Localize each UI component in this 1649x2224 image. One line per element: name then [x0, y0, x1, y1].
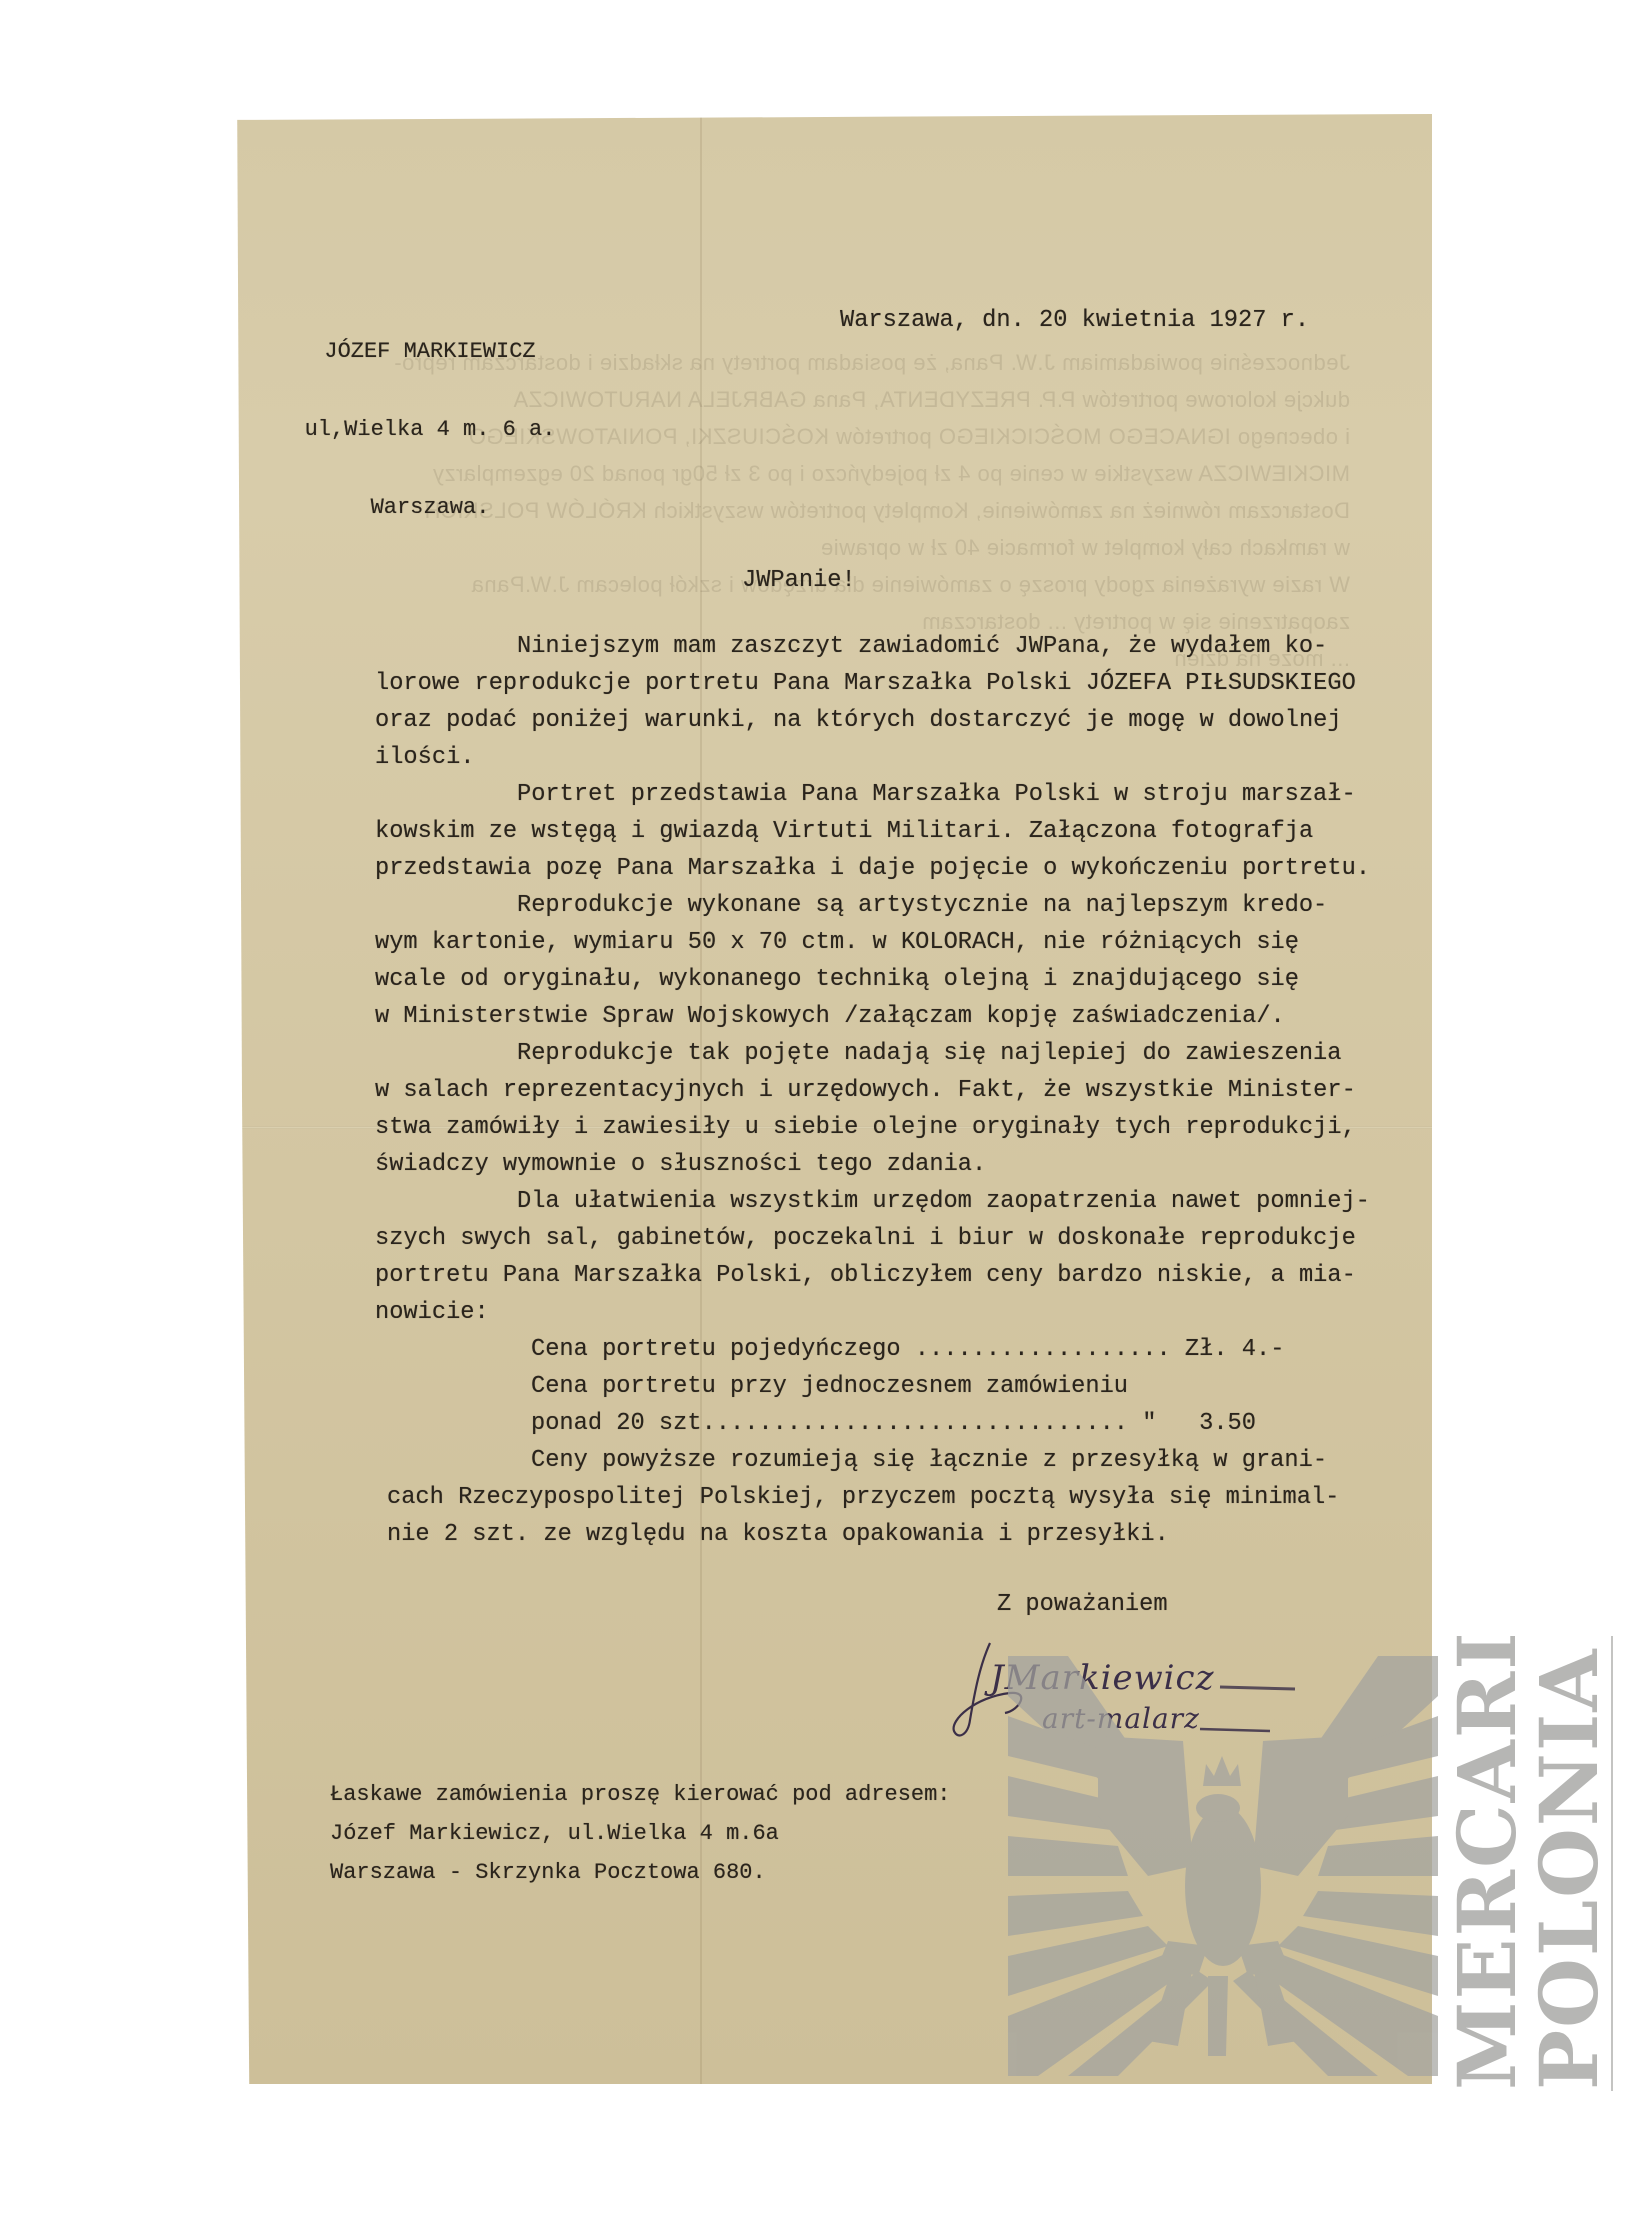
body-line: Dla ułatwienia wszystkim urzędom zaopatr…	[517, 1183, 1370, 1220]
crowned-eagle-icon	[1008, 1636, 1438, 2076]
salutation: JWPanie!	[742, 562, 856, 599]
price-row-single: Cena portretu pojedyńczego .............…	[531, 1331, 1284, 1368]
shipping-line: Ceny powyższe rozumieją się łącznie z pr…	[531, 1442, 1327, 1479]
body-line: wcale od oryginału, wykonanego techniką …	[375, 961, 1299, 998]
closing: Z poważaniem	[997, 1586, 1168, 1623]
letterhead-name: JÓZEF MARKIEWICZ	[290, 339, 570, 365]
letterhead-street: ul,Wielka 4 m. 6 a.	[290, 417, 570, 443]
shipping-line: cach Rzeczypospolitej Polskiej, przyczem…	[387, 1479, 1339, 1516]
body-line: w salach reprezentacyjnych i urzędowych.…	[375, 1072, 1356, 1109]
body-line: przedstawia pozę Pana Marszałka i daje p…	[375, 850, 1370, 887]
price-label: ponad 20 szt	[531, 1410, 702, 1437]
price-leader: ..................	[901, 1336, 1171, 1363]
body-line: świadczy wymownie o słuszności tego zdan…	[375, 1146, 986, 1183]
body-line: Reprodukcje wykonane są artystycznie na …	[517, 887, 1327, 924]
body-line: Portret przedstawia Pana Marszałka Polsk…	[517, 776, 1356, 813]
watermark-rule	[1611, 1636, 1613, 2091]
price-row-bulk-label: Cena portretu przy jednoczesnem zamówien…	[531, 1368, 1128, 1405]
body-line: wym kartonie, wymiaru 50 x 70 ctm. w KOL…	[375, 924, 1299, 961]
body-line: szych swych sal, gabinetów, poczekalni i…	[375, 1220, 1356, 1257]
dateline: Warszawa, dn. 20 kwietnia 1927 r.	[840, 302, 1309, 339]
body-line: Niniejszym mam zaszczyt zawiadomić JWPan…	[517, 628, 1327, 665]
body-line: kowskim ze wstęgą i gwiazdą Virtuti Mili…	[375, 813, 1313, 850]
letterhead-city: Warszawa.	[290, 495, 570, 521]
letterhead: JÓZEF MARKIEWICZ ul,Wielka 4 m. 6 a. War…	[290, 287, 570, 547]
body-line: ilości.	[375, 739, 475, 776]
footer-line: Łaskawe zamówienia proszę kierować pod a…	[330, 1776, 951, 1813]
price-leader: ..............................	[702, 1410, 1128, 1437]
body-line: w Ministerstwie Spraw Wojskowych /załącz…	[375, 998, 1285, 1035]
price-value: " 3.50	[1142, 1410, 1256, 1437]
price-row-bulk: ponad 20 szt............................…	[531, 1405, 1256, 1442]
shipping-line: nie 2 szt. ze względu na koszta opakowan…	[387, 1516, 1169, 1553]
footer-line: Warszawa - Skrzynka Pocztowa 680.	[330, 1854, 766, 1891]
body-line: nowicie:	[375, 1294, 489, 1331]
body-line: lorowe reprodukcje portretu Pana Marszał…	[375, 665, 1356, 702]
body-line: oraz podać poniżej warunki, na których d…	[375, 702, 1342, 739]
body-line: Reprodukcje tak pojęte nadają się najlep…	[517, 1035, 1341, 1072]
body-line: stwa zamówiły i zawiesiły u siebie olejn…	[375, 1109, 1356, 1146]
body-line: portretu Pana Marszałka Polski, obliczył…	[375, 1257, 1356, 1294]
watermark-text-mercari: MERCARI	[1440, 1630, 1534, 2090]
watermark-text-polonia: POLONIA	[1522, 1648, 1616, 2090]
price-value: Zł. 4.-	[1185, 1336, 1285, 1363]
footer-line: Józef Markiewicz, ul.Wielka 4 m.6a	[330, 1815, 779, 1852]
price-label: Cena portretu pojedyńczego	[531, 1336, 901, 1363]
